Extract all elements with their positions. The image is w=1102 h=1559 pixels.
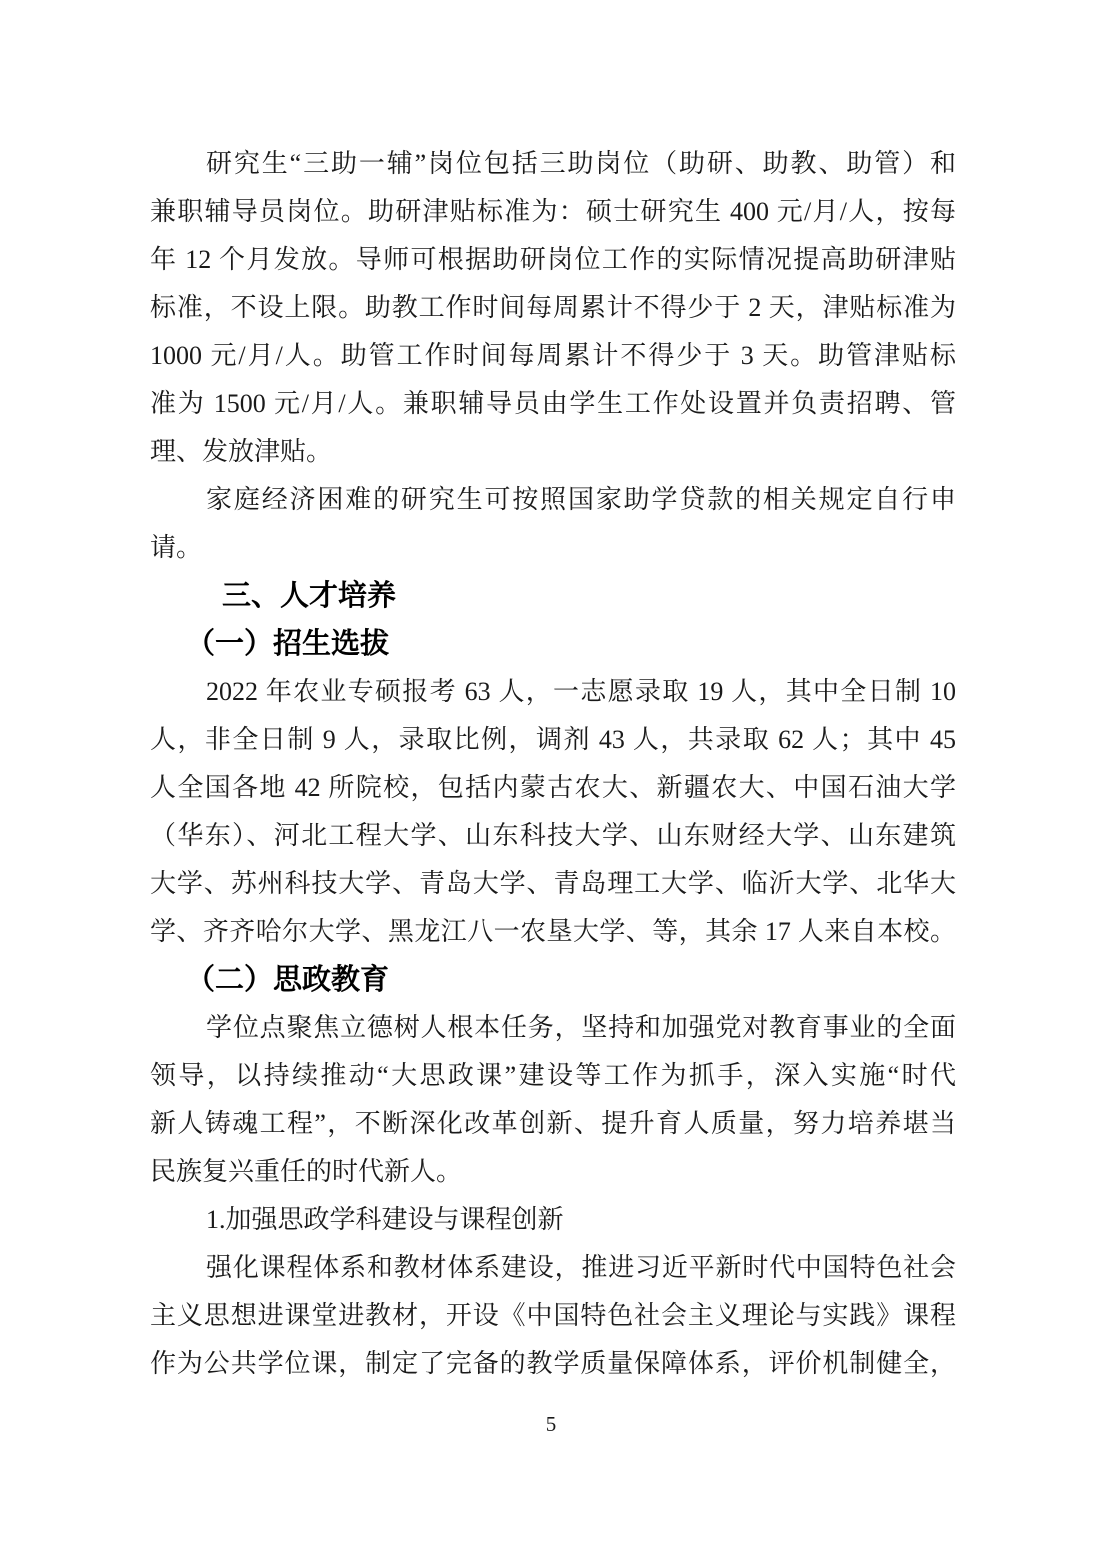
text-line: 大学、苏州科技大学、青岛大学、青岛理工大学、临沂大学、北华大	[150, 860, 956, 908]
section-heading: 三、人才培养	[150, 572, 956, 620]
text-line: 主义思想进课堂进教材，开设《中国特色社会主义理论与实践》课程	[150, 1292, 956, 1340]
section-heading: （一）招生选拔	[150, 620, 956, 668]
text-line: 理、发放津贴。	[150, 428, 956, 476]
text-line: 标准，不设上限。助教工作时间每周累计不得少于 2 天，津贴标准为	[150, 284, 956, 332]
document-page: 研究生“三助一辅”岗位包括三助岗位（助研、助教、助管）和兼职辅导员岗位。助研津贴…	[0, 0, 1102, 1559]
text-line: 家庭经济困难的研究生可按照国家助学贷款的相关规定自行申	[150, 476, 956, 524]
text-line: 人全国各地 42 所院校，包括内蒙古农大、新疆农大、中国石油大学	[150, 764, 956, 812]
section-heading: （二）思政教育	[150, 956, 956, 1004]
text-line: 学位点聚焦立德树人根本任务，坚持和加强党对教育事业的全面	[150, 1004, 956, 1052]
text-line: 学、齐齐哈尔大学、黑龙江八一农垦大学、等，其余 17 人来自本校。	[150, 908, 956, 956]
text-line: 强化课程体系和教材体系建设，推进习近平新时代中国特色社会	[150, 1244, 956, 1292]
text-line: 兼职辅导员岗位。助研津贴标准为：硕士研究生 400 元/月/人，按每	[150, 188, 956, 236]
text-line: 民族复兴重任的时代新人。	[150, 1148, 956, 1196]
text-line: 请。	[150, 524, 956, 572]
text-line: 领导，以持续推动“大思政课”建设等工作为抓手，深入实施“时代	[150, 1052, 956, 1100]
text-line: 2022 年农业专硕报考 63 人，一志愿录取 19 人，其中全日制 10	[150, 668, 956, 716]
text-line: 1.加强思政学科建设与课程创新	[150, 1196, 956, 1244]
page-number: 5	[0, 1406, 1102, 1442]
text-line: 年 12 个月发放。导师可根据助研岗位工作的实际情况提高助研津贴	[150, 236, 956, 284]
text-line: 研究生“三助一辅”岗位包括三助岗位（助研、助教、助管）和	[150, 140, 956, 188]
text-line: 新人铸魂工程”，不断深化改革创新、提升育人质量，努力培养堪当	[150, 1100, 956, 1148]
document-body: 研究生“三助一辅”岗位包括三助岗位（助研、助教、助管）和兼职辅导员岗位。助研津贴…	[150, 140, 956, 1388]
text-line: （华东）、河北工程大学、山东科技大学、山东财经大学、山东建筑	[150, 812, 956, 860]
text-line: 1000 元/月/人。助管工作时间每周累计不得少于 3 天。助管津贴标	[150, 332, 956, 380]
text-line: 人，非全日制 9 人，录取比例，调剂 43 人，共录取 62 人；其中 45	[150, 716, 956, 764]
text-line: 准为 1500 元/月/人。兼职辅导员由学生工作处设置并负责招聘、管	[150, 380, 956, 428]
text-line: 作为公共学位课，制定了完备的教学质量保障体系，评价机制健全，	[150, 1340, 956, 1388]
